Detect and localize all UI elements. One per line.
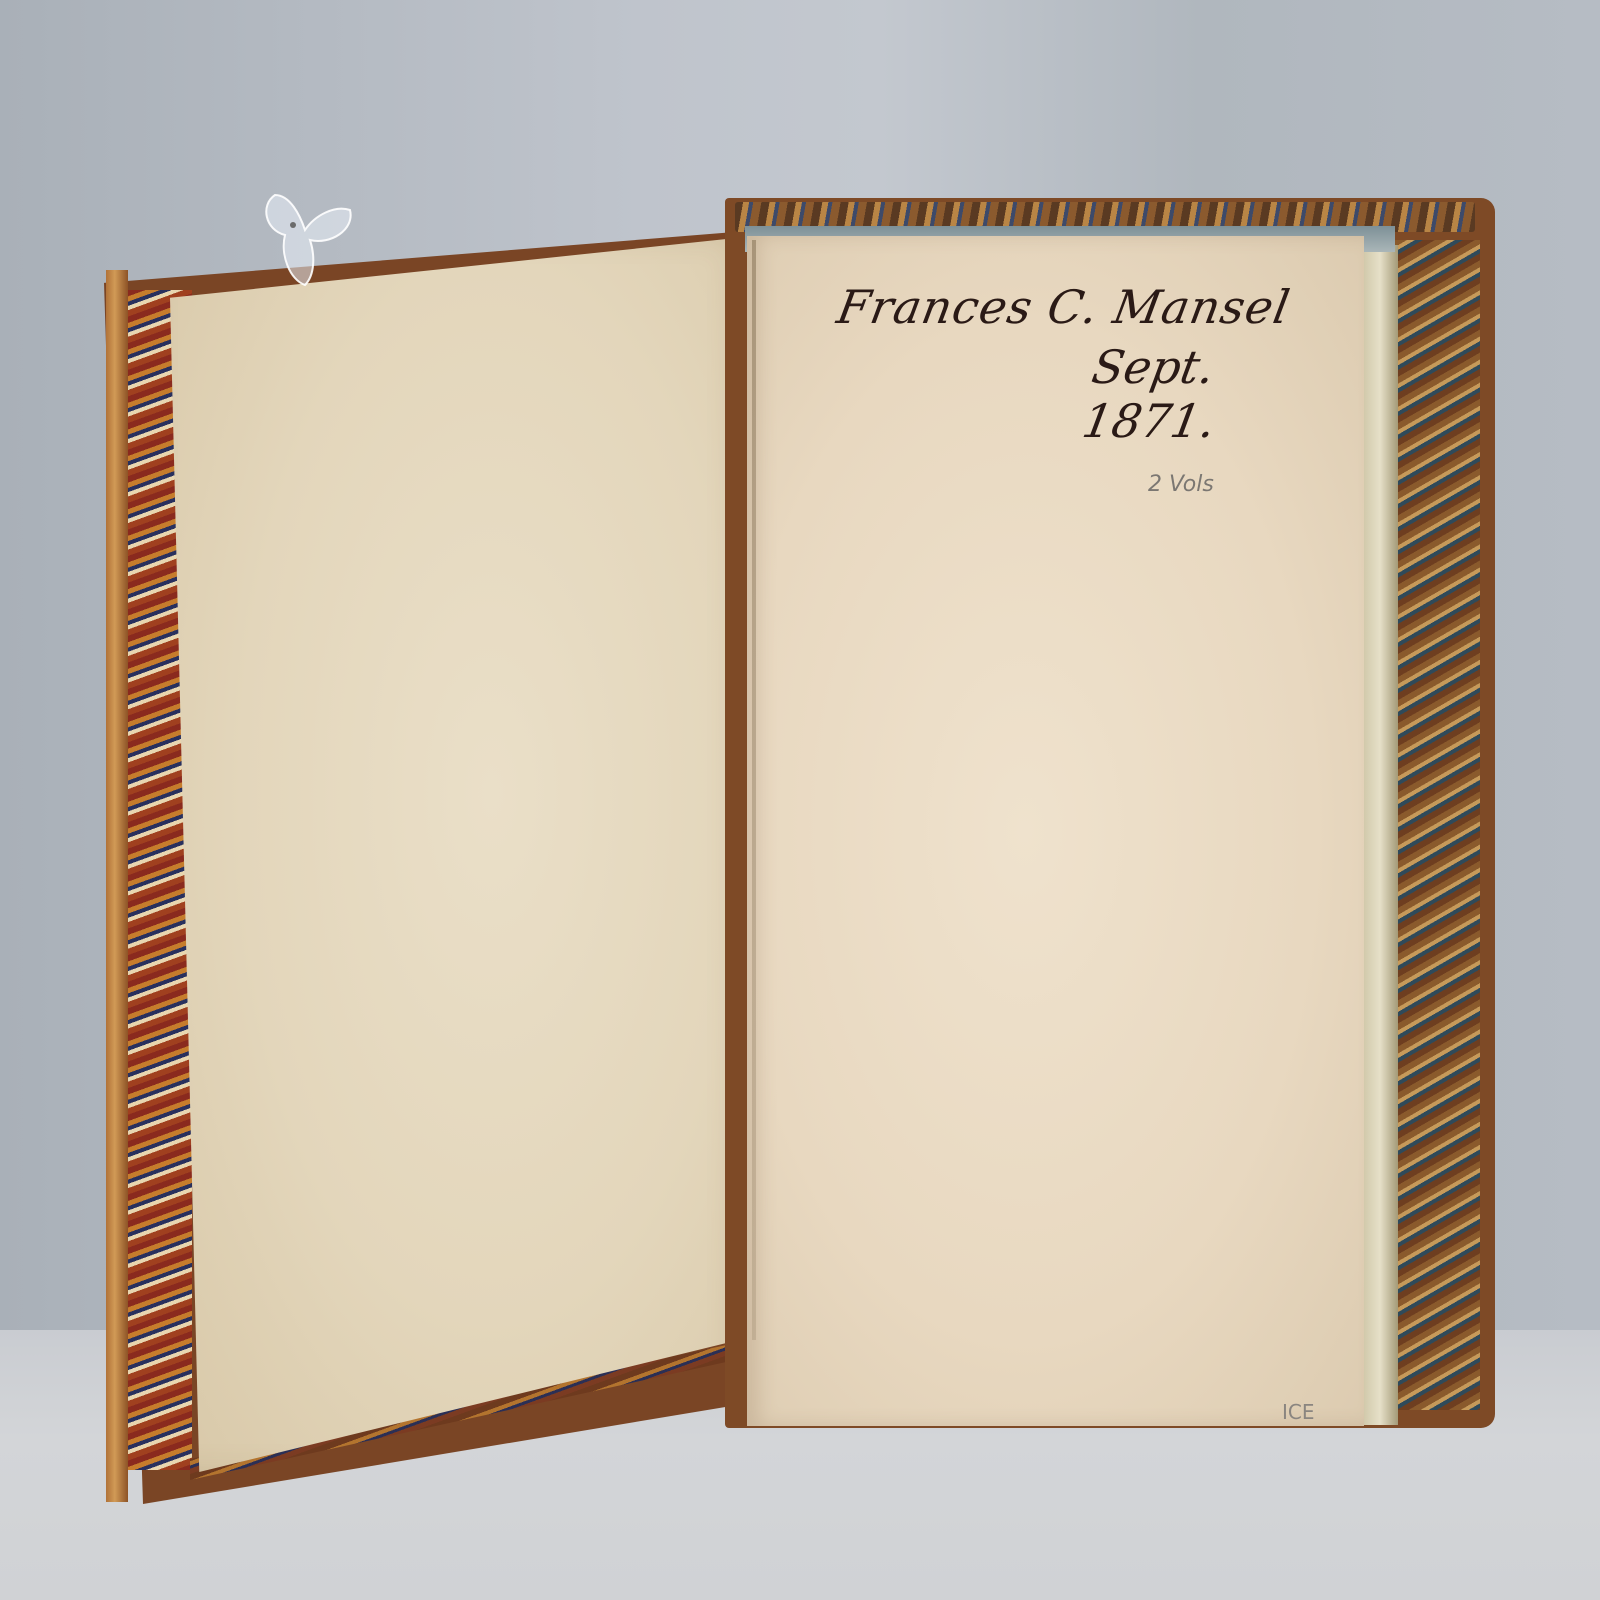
left-leather-edge bbox=[106, 270, 128, 1502]
ownership-inscription: Frances C. Mansel Sept. 1871. bbox=[838, 280, 1318, 448]
pencil-volume-note: 2 Vols bbox=[1148, 472, 1214, 497]
inscription-date: Sept. 1871. bbox=[1078, 340, 1327, 448]
book-gutter bbox=[752, 240, 756, 1340]
pencil-code-mark: ICE bbox=[1282, 1400, 1315, 1424]
page-block-edge bbox=[1362, 245, 1398, 1425]
inscription-name: Frances C. Mansel bbox=[833, 280, 1323, 334]
left-blank-flyleaf bbox=[170, 236, 755, 1472]
marbled-fore-edge bbox=[1395, 240, 1480, 1410]
plastic-clip-icon bbox=[255, 185, 360, 290]
